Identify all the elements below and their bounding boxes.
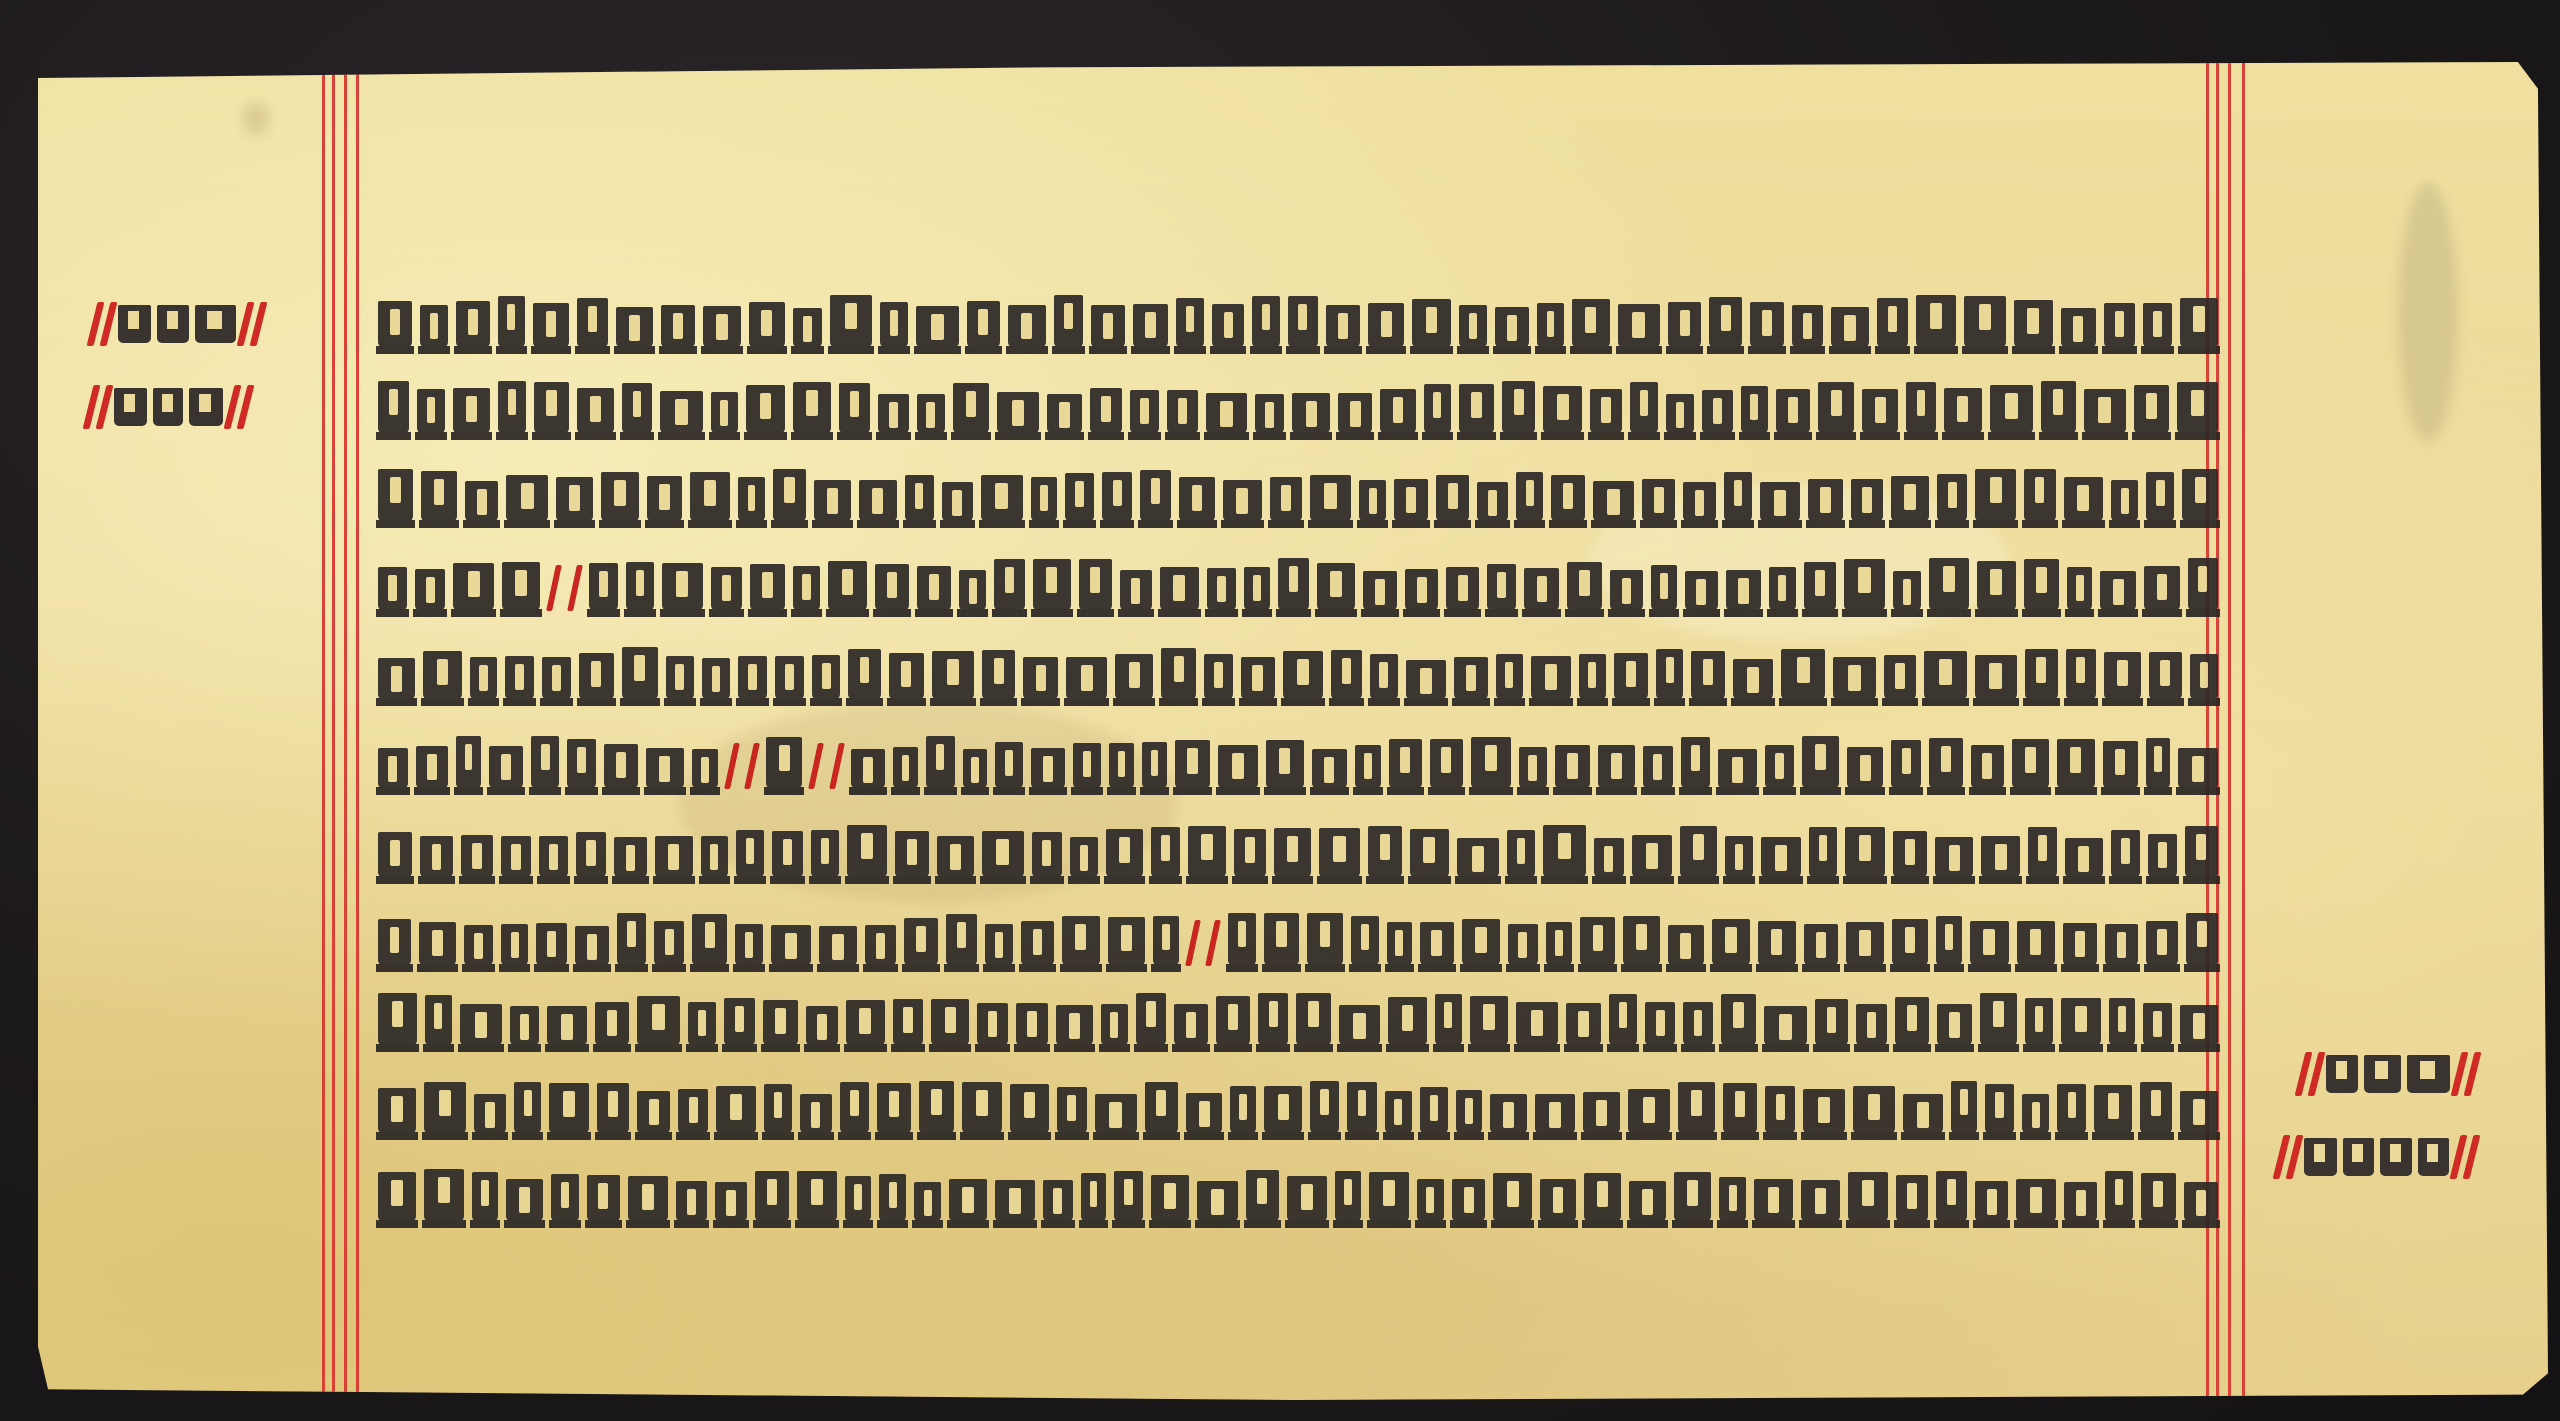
script-glyph	[420, 836, 452, 878]
script-glyph	[1937, 1004, 1972, 1046]
script-glyph	[703, 306, 741, 348]
script-glyph	[800, 1094, 832, 1134]
script-glyph	[1803, 1089, 1845, 1134]
script-glyph	[1212, 304, 1244, 348]
script-glyph	[378, 919, 411, 966]
script-glyph	[1230, 1086, 1256, 1134]
script-glyph	[1114, 1171, 1143, 1222]
script-glyph	[1610, 570, 1643, 611]
script-glyph	[919, 1081, 954, 1134]
script-glyph	[1420, 922, 1454, 966]
script-glyph	[1680, 826, 1717, 878]
script-glyph	[2182, 469, 2218, 522]
script-glyph	[1021, 921, 1054, 966]
red-ruling-line	[2228, 62, 2231, 1400]
script-glyph	[1781, 649, 1825, 700]
script-glyph	[1833, 657, 1876, 700]
script-glyph	[378, 658, 415, 700]
script-glyph	[1031, 477, 1057, 522]
script-glyph	[2057, 739, 2095, 789]
script-glyph	[1629, 1181, 1666, 1222]
script-glyph	[1831, 307, 1870, 348]
script-glyph	[489, 746, 523, 789]
script-glyph	[1216, 996, 1250, 1046]
script-glyph	[2024, 469, 2056, 522]
script-glyph	[2141, 1173, 2175, 1222]
script-glyph	[378, 832, 412, 878]
script-glyph	[1387, 922, 1412, 966]
script-glyph	[1292, 393, 1330, 434]
script-glyph	[905, 475, 934, 522]
script-glyph	[510, 1006, 539, 1046]
script-glyph	[1459, 384, 1494, 434]
script-glyph	[498, 381, 526, 434]
script-glyph	[2094, 1085, 2132, 1134]
script-glyph	[1246, 1170, 1279, 1222]
script-glyph	[692, 914, 727, 966]
script-glyph	[2178, 748, 2218, 789]
script-glyph	[1160, 567, 1199, 611]
script-glyph	[1721, 994, 1756, 1046]
script-glyph	[711, 567, 742, 611]
script-glyph	[506, 475, 548, 522]
script-glyph	[1101, 1004, 1128, 1046]
script-glyph	[1288, 296, 1318, 348]
script-glyph	[2061, 308, 2096, 348]
red-danda-mark	[567, 565, 583, 611]
script-glyph	[1136, 993, 1166, 1046]
script-glyph	[2017, 921, 2055, 966]
script-glyph	[1709, 297, 1742, 348]
script-glyph	[1936, 916, 1962, 966]
script-glyph	[1258, 993, 1288, 1046]
red-danda-mark	[1185, 920, 1201, 966]
script-glyph	[549, 1083, 589, 1134]
script-glyph	[1632, 835, 1672, 878]
script-glyph	[1066, 657, 1107, 700]
script-glyph	[692, 749, 718, 789]
script-glyph	[1848, 1172, 1888, 1222]
script-glyph	[1590, 389, 1621, 434]
script-glyph	[1856, 1004, 1886, 1046]
script-glyph	[981, 475, 1023, 522]
script-glyph	[893, 999, 923, 1046]
red-danda-mark	[744, 743, 760, 789]
script-glyph	[424, 1082, 466, 1134]
script-glyph	[1935, 837, 1973, 878]
script-glyph	[637, 996, 680, 1046]
script-glyph	[1335, 1171, 1360, 1222]
script-glyph	[1153, 916, 1179, 966]
script-glyph	[1130, 390, 1158, 434]
script-glyph	[1555, 745, 1590, 789]
script-glyph	[1176, 298, 1204, 348]
script-glyph	[889, 653, 924, 700]
script-glyph	[847, 825, 888, 878]
script-glyph	[1109, 743, 1135, 789]
script-glyph	[1623, 916, 1660, 966]
script-glyph	[1719, 1177, 1746, 1222]
script-glyph	[1725, 836, 1753, 878]
script-glyph	[2028, 827, 2057, 878]
script-glyph	[839, 383, 870, 434]
script-glyph	[2140, 1082, 2172, 1134]
script-glyph	[1274, 828, 1310, 878]
script-glyph	[1540, 1179, 1575, 1222]
script-glyph	[1572, 299, 1610, 348]
script-glyph	[1884, 655, 1916, 700]
script-glyph	[1750, 302, 1784, 348]
script-glyph	[1845, 827, 1885, 878]
script-glyph	[1712, 919, 1750, 966]
script-glyph	[1351, 916, 1379, 966]
script-glyph	[1892, 919, 1928, 966]
script-glyph	[1678, 1082, 1715, 1134]
script-glyph	[1733, 659, 1773, 700]
script-glyph	[995, 742, 1023, 789]
script-glyph	[1804, 924, 1838, 966]
script-glyph	[738, 477, 764, 522]
script-glyph	[655, 836, 693, 878]
manuscript-line	[378, 1078, 2218, 1134]
script-glyph	[1937, 474, 1967, 522]
script-glyph	[1081, 1173, 1106, 1222]
script-glyph	[701, 836, 729, 878]
script-glyph	[1776, 389, 1810, 434]
script-glyph	[575, 926, 609, 966]
script-glyph	[1809, 827, 1838, 878]
script-glyph	[1167, 390, 1198, 434]
script-glyph	[536, 923, 567, 966]
script-glyph	[2343, 1138, 2374, 1176]
script-glyph	[1457, 838, 1500, 878]
script-glyph	[2149, 652, 2182, 700]
script-glyph	[2063, 923, 2098, 966]
script-glyph	[1970, 921, 2009, 966]
script-glyph	[1368, 303, 1404, 348]
script-glyph	[505, 656, 534, 700]
script-glyph	[539, 836, 568, 878]
manuscript-line	[378, 466, 2218, 522]
script-glyph	[1079, 559, 1112, 611]
manuscript-line	[378, 378, 2218, 434]
script-glyph	[772, 831, 803, 878]
script-glyph	[1741, 386, 1768, 434]
script-glyph	[812, 655, 840, 700]
script-glyph	[2186, 913, 2218, 966]
script-glyph	[738, 656, 767, 700]
script-glyph	[716, 1086, 756, 1134]
script-glyph	[2022, 1094, 2049, 1134]
script-glyph	[1430, 739, 1463, 789]
script-glyph	[2104, 652, 2141, 700]
script-glyph	[2143, 1003, 2172, 1046]
script-glyph	[1388, 997, 1426, 1046]
script-glyph	[1062, 916, 1100, 966]
script-glyph	[2016, 1179, 2056, 1222]
script-glyph	[1583, 1092, 1620, 1134]
script-glyph	[916, 306, 959, 348]
ink-spot	[243, 102, 269, 136]
script-glyph	[1844, 559, 1885, 611]
script-glyph	[378, 1088, 416, 1134]
script-glyph	[1368, 826, 1401, 878]
script-glyph	[793, 382, 831, 434]
script-glyph	[419, 922, 456, 966]
script-glyph	[415, 569, 445, 611]
script-glyph	[995, 1180, 1035, 1222]
script-glyph	[2084, 389, 2126, 434]
script-glyph	[2100, 571, 2136, 611]
script-glyph	[1519, 747, 1547, 789]
script-glyph	[1047, 394, 1082, 434]
script-glyph	[875, 564, 909, 611]
script-glyph	[2146, 738, 2171, 789]
script-glyph	[1065, 473, 1094, 522]
script-glyph	[1645, 1002, 1675, 1046]
script-glyph	[1754, 1179, 1792, 1222]
script-glyph	[764, 1084, 792, 1134]
script-glyph	[1579, 654, 1606, 700]
script-glyph	[1524, 568, 1559, 611]
script-glyph	[622, 383, 651, 434]
script-glyph	[587, 1175, 621, 1222]
script-glyph	[601, 472, 639, 522]
script-glyph	[1417, 1179, 1444, 1222]
script-glyph	[637, 1091, 670, 1134]
script-glyph	[1307, 913, 1343, 966]
script-glyph	[378, 381, 409, 434]
script-glyph	[1903, 1094, 1943, 1134]
red-ruling-line	[2242, 62, 2245, 1400]
script-glyph	[1223, 480, 1262, 522]
script-glyph	[461, 835, 493, 878]
manuscript-line	[378, 1166, 2218, 1222]
script-glyph	[878, 394, 908, 434]
script-glyph	[1702, 390, 1732, 434]
script-glyph	[2144, 566, 2180, 611]
script-glyph	[1758, 921, 1796, 966]
script-glyph	[531, 736, 559, 789]
script-glyph	[1091, 305, 1125, 348]
script-glyph	[736, 830, 764, 878]
script-glyph	[647, 476, 682, 522]
script-glyph	[2364, 1055, 2401, 1093]
script-glyph	[1847, 747, 1883, 789]
script-glyph	[1283, 651, 1324, 700]
manuscript-line	[378, 555, 2218, 611]
script-glyph	[456, 736, 481, 789]
script-glyph	[1218, 745, 1258, 789]
script-glyph	[851, 749, 885, 789]
script-glyph	[1666, 394, 1694, 434]
script-glyph	[1593, 481, 1634, 522]
script-glyph	[1936, 1171, 1967, 1222]
script-glyph	[1369, 1172, 1409, 1222]
script-glyph	[378, 1172, 416, 1222]
script-glyph	[1493, 1173, 1532, 1222]
script-glyph	[1454, 657, 1488, 700]
script-glyph	[1851, 479, 1883, 522]
script-glyph	[1394, 479, 1428, 522]
script-glyph	[1764, 1006, 1807, 1046]
script-glyph	[1683, 482, 1716, 522]
script-glyph	[942, 482, 973, 522]
manuscript-line	[378, 990, 2218, 1046]
script-glyph	[1681, 737, 1710, 789]
red-ruling-line	[356, 62, 359, 1400]
script-glyph	[1151, 1175, 1189, 1222]
script-glyph	[1818, 382, 1854, 434]
script-glyph	[1057, 1087, 1087, 1134]
right-margin-note-1	[2300, 1052, 2476, 1096]
script-glyph	[1435, 994, 1463, 1046]
script-glyph	[1032, 832, 1062, 878]
script-glyph	[614, 837, 646, 878]
script-glyph	[1598, 745, 1635, 789]
script-glyph	[1531, 656, 1571, 700]
script-glyph	[1331, 650, 1361, 700]
script-glyph	[1145, 1082, 1178, 1134]
script-glyph	[577, 298, 608, 348]
script-glyph	[1385, 1091, 1412, 1134]
script-glyph	[2105, 924, 2137, 966]
script-glyph	[1980, 993, 2017, 1046]
red-danda-mark	[829, 743, 845, 789]
script-glyph	[2066, 649, 2096, 700]
script-glyph	[1108, 917, 1146, 966]
red-danda-mark	[724, 743, 740, 789]
script-glyph	[1683, 1002, 1713, 1046]
script-glyph	[622, 647, 658, 700]
script-glyph	[1656, 649, 1683, 700]
red-ruling-line	[344, 62, 347, 1400]
script-glyph	[1355, 745, 1381, 789]
script-glyph	[2185, 826, 2218, 878]
script-glyph	[846, 1000, 885, 1046]
script-glyph	[1405, 569, 1438, 611]
script-glyph	[1765, 1086, 1795, 1134]
left-margin-note-1	[92, 302, 262, 346]
script-glyph	[1543, 386, 1582, 434]
script-glyph	[1296, 993, 1330, 1046]
script-glyph	[1317, 563, 1355, 611]
script-glyph	[1347, 1082, 1377, 1134]
script-glyph	[2025, 649, 2058, 700]
manuscript-line	[378, 910, 2218, 966]
script-glyph	[1924, 651, 1967, 700]
red-ruling-line	[332, 62, 335, 1400]
script-glyph	[421, 471, 458, 522]
script-glyph	[2014, 300, 2053, 348]
script-glyph	[946, 914, 977, 966]
script-glyph	[1516, 472, 1543, 522]
script-glyph	[378, 567, 407, 611]
script-glyph	[840, 1082, 870, 1134]
script-glyph	[1470, 996, 1508, 1046]
script-glyph	[2180, 1091, 2218, 1134]
script-glyph	[1266, 740, 1304, 789]
script-glyph	[424, 1169, 464, 1222]
script-glyph	[2177, 382, 2218, 434]
script-glyph	[1133, 304, 1168, 348]
script-glyph	[1566, 1003, 1601, 1046]
script-glyph	[1319, 828, 1361, 878]
script-glyph	[828, 561, 866, 611]
script-glyph	[616, 307, 653, 348]
script-glyph	[994, 559, 1025, 611]
script-glyph	[1891, 476, 1929, 522]
script-glyph	[1929, 558, 1968, 611]
script-glyph	[931, 999, 969, 1046]
script-glyph	[534, 382, 569, 434]
script-glyph	[879, 1174, 906, 1222]
script-glyph	[2057, 1084, 2086, 1134]
script-glyph	[1031, 748, 1064, 789]
script-glyph	[425, 995, 452, 1046]
script-glyph	[2184, 1182, 2218, 1222]
script-glyph	[533, 303, 569, 348]
script-glyph	[472, 1172, 498, 1222]
script-glyph	[501, 836, 531, 878]
script-glyph	[1023, 657, 1058, 700]
script-glyph	[985, 924, 1013, 966]
script-glyph	[2067, 567, 2093, 611]
script-glyph	[597, 1083, 629, 1134]
script-glyph	[1891, 740, 1921, 789]
script-glyph	[1516, 1002, 1558, 1046]
script-glyph	[1270, 477, 1302, 522]
script-glyph	[1846, 922, 1884, 966]
script-glyph	[2103, 741, 2138, 789]
script-glyph	[1446, 567, 1479, 611]
script-glyph	[1424, 384, 1451, 434]
script-glyph	[1792, 305, 1822, 348]
script-glyph	[1207, 568, 1236, 611]
script-glyph	[766, 737, 802, 789]
manuscript-line	[378, 292, 2218, 348]
script-glyph	[830, 295, 872, 348]
script-glyph	[1054, 295, 1083, 348]
script-glyph	[1853, 1086, 1895, 1134]
script-glyph	[963, 749, 988, 789]
script-glyph	[1594, 838, 1624, 878]
script-glyph	[904, 918, 938, 966]
script-glyph	[711, 392, 738, 434]
script-glyph	[2148, 834, 2177, 878]
script-glyph	[542, 657, 570, 700]
script-glyph	[157, 305, 189, 343]
script-glyph	[1537, 303, 1563, 348]
script-glyph	[1452, 1179, 1486, 1222]
script-glyph	[1769, 567, 1796, 611]
script-glyph	[2380, 1138, 2412, 1176]
script-glyph	[678, 1089, 708, 1134]
script-glyph	[1179, 477, 1215, 522]
script-glyph	[793, 308, 822, 348]
script-glyph	[773, 469, 807, 522]
script-glyph	[1981, 836, 2020, 878]
script-glyph	[859, 480, 897, 522]
script-glyph	[1760, 482, 1800, 522]
script-glyph	[1495, 307, 1529, 348]
script-glyph	[1802, 736, 1839, 789]
script-glyph	[1862, 389, 1898, 434]
script-glyph	[1628, 1089, 1670, 1134]
script-glyph	[715, 1182, 747, 1222]
script-glyph	[474, 1094, 507, 1134]
script-glyph	[2061, 998, 2101, 1046]
